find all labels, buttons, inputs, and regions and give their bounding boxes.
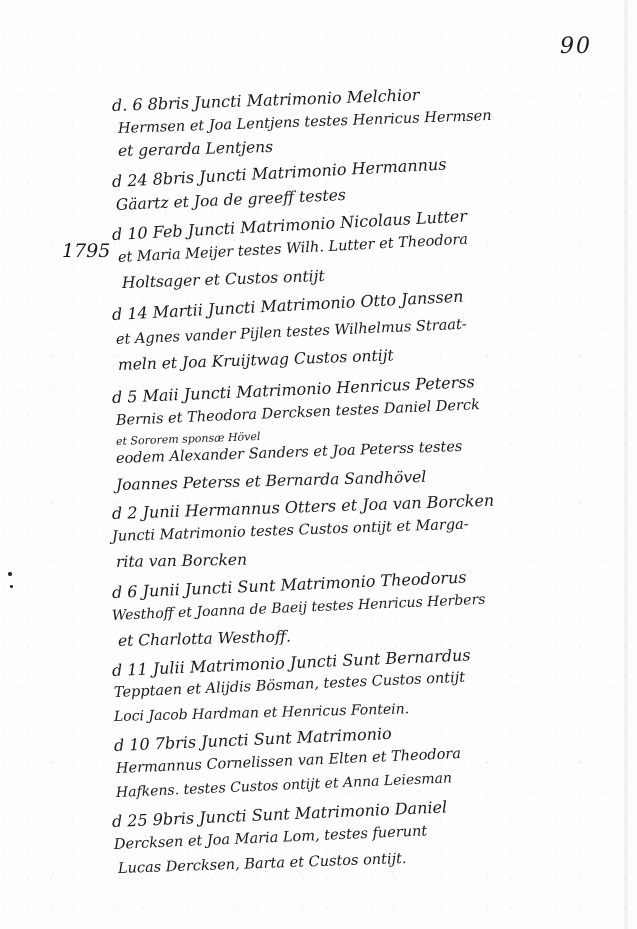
margin-year: 1795 <box>62 240 110 262</box>
entry-9-line-3: Hafkens. testes Custos ontijt et Anna Le… <box>116 771 453 800</box>
entry-4-line-1: d 14 Martii Juncti Matrimonio Otto Janss… <box>112 289 464 323</box>
entry-2-line-2: Gäartz et Joa de greeff testes <box>116 188 346 214</box>
page-edge-shadow <box>623 0 629 929</box>
register-page: 90 1795 d. 6 8bris Juncti Matrimonio Mel… <box>0 0 637 929</box>
entry-5-line-3: et Sororem sponsæ Hövel <box>116 431 261 447</box>
entry-6-line-3: rita van Borcken <box>116 553 247 571</box>
entry-6-line-2: Juncti Matrimonio testes Custos ontijt e… <box>112 518 469 545</box>
margin-speck <box>8 572 12 576</box>
page-number: 90 <box>560 34 592 59</box>
entry-1-line-2: Hermsen et Joa Lentjens testes Henricus … <box>118 109 492 137</box>
entry-1-line-3: et gerarda Lentjens <box>118 140 274 160</box>
entry-4-line-3: meln et Joa Kruijtwag Custos ontijt <box>118 348 394 373</box>
entry-3-line-3: Holtsager et Custos ontijt <box>122 269 325 292</box>
entry-5-line-5: Joannes Peterss et Bernarda Sandhövel <box>116 470 427 494</box>
entry-7-line-3: et Charlotta Westhoff. <box>118 629 291 649</box>
margin-speck <box>10 585 13 588</box>
entry-8-line-3: Loci Jacob Hardman et Henricus Fontein. <box>114 702 409 724</box>
entry-2-line-1: d 24 8bris Juncti Matrimonio Hermannus <box>112 156 447 190</box>
entry-10-line-3: Lucas Dercksen, Barta et Custos ontijt. <box>118 852 407 877</box>
entry-1-line-1: d. 6 8bris Juncti Matrimonio Melchior <box>112 87 420 114</box>
entry-4-line-2: et Agnes vander Pijlen testes Wilhelmus … <box>116 318 467 348</box>
